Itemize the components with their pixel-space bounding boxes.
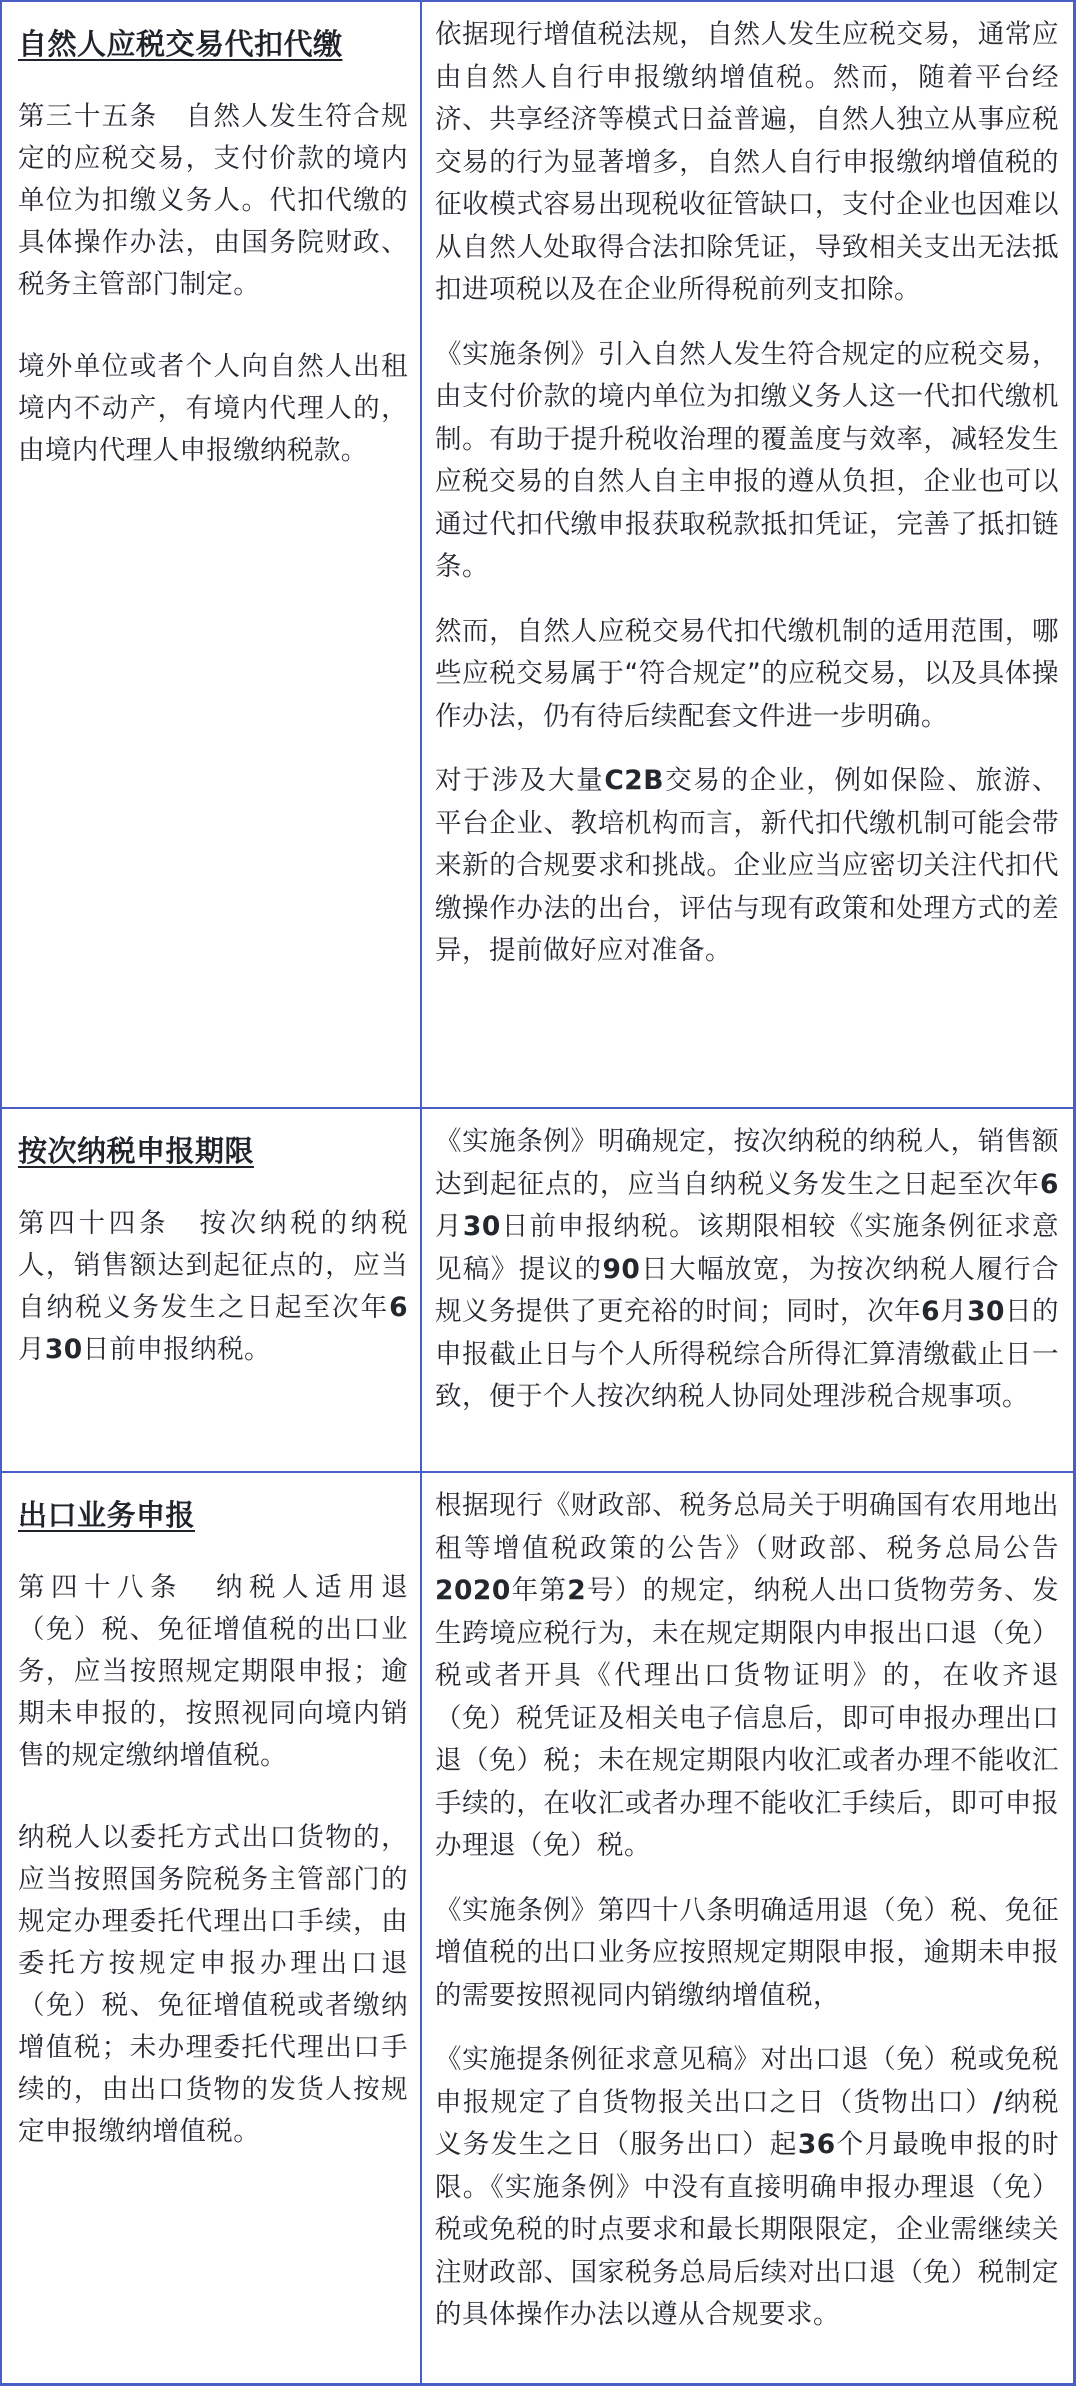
regulation-cell: 按次纳税申报期限 第四十四条 按次纳税的纳税人，销售额达到起征点的，应当自纳税义… xyxy=(2,1109,422,1471)
section-heading: 出口业务申报 xyxy=(18,1495,408,1535)
commentary-paragraph: 《实施条例》明确规定，按次纳税的纳税人，销售额达到起征点的，应当自纳税义务发生之… xyxy=(435,1121,1059,1419)
table-row-filing-deadline: 按次纳税申报期限 第四十四条 按次纳税的纳税人，销售额达到起征点的，应当自纳税义… xyxy=(2,1107,1073,1471)
commentary-paragraph: 然而，自然人应税交易代扣代缴机制的适用范围，哪些应税交易属于“符合规定”的应税交… xyxy=(435,611,1059,739)
commentary-paragraph: 依据现行增值税法规，自然人发生应税交易，通常应由自然人自行申报缴纳增值税。然而，… xyxy=(435,14,1059,312)
regulation-comparison-table: 自然人应税交易代扣代缴 第三十五条 自然人发生符合规定的应税交易，支付价款的境内… xyxy=(0,0,1076,2386)
commentary-paragraph: 对于涉及大量C2B交易的企业，例如保险、旅游、平台企业、教培机构而言，新代扣代缴… xyxy=(435,760,1059,973)
commentary-paragraph: 《实施条例》第四十八条明确适用退（免）税、免征增值税的出口业务应按照规定期限申报… xyxy=(435,1890,1059,2018)
article-text: 第四十八条 纳税人适用退（免）税、免征增值税的出口业务，应当按照规定期限申报；逾… xyxy=(18,1567,408,1777)
section-heading: 自然人应税交易代扣代缴 xyxy=(18,24,408,64)
commentary-cell: 根据现行《财政部、税务总局关于明确国有农用地出租等增值税政策的公告》（财政部、税… xyxy=(422,1473,1073,2385)
commentary-paragraph: 根据现行《财政部、税务总局关于明确国有农用地出租等增值税政策的公告》（财政部、税… xyxy=(435,1485,1059,1868)
article-text: 境外单位或者个人向自然人出租境内不动产，有境内代理人的，由境内代理人申报缴纳税款… xyxy=(18,346,408,472)
article-text: 纳税人以委托方式出口货物的，应当按照国务院税务主管部门的规定办理委托代理出口手续… xyxy=(18,1817,408,2153)
regulation-cell: 自然人应税交易代扣代缴 第三十五条 自然人发生符合规定的应税交易，支付价款的境内… xyxy=(2,2,422,1107)
regulation-cell: 出口业务申报 第四十八条 纳税人适用退（免）税、免征增值税的出口业务，应当按照规… xyxy=(2,1473,422,2385)
section-heading: 按次纳税申报期限 xyxy=(18,1131,408,1171)
article-text: 第四十四条 按次纳税的纳税人，销售额达到起征点的，应当自纳税义务发生之日起至次年… xyxy=(18,1203,408,1371)
article-text: 第三十五条 自然人发生符合规定的应税交易，支付价款的境内单位为扣缴义务人。代扣代… xyxy=(18,96,408,306)
commentary-paragraph: 《实施条例》引入自然人发生符合规定的应税交易，由支付价款的境内单位为扣缴义务人这… xyxy=(435,334,1059,589)
table-row-withholding: 自然人应税交易代扣代缴 第三十五条 自然人发生符合规定的应税交易，支付价款的境内… xyxy=(2,2,1073,1107)
commentary-cell: 依据现行增值税法规，自然人发生应税交易，通常应由自然人自行申报缴纳增值税。然而，… xyxy=(422,2,1073,1107)
commentary-paragraph: 《实施提条例征求意见稿》对出口退（免）税或免税申报规定了自货物报关出口之日（货物… xyxy=(435,2039,1059,2337)
table-row-export-filing: 出口业务申报 第四十八条 纳税人适用退（免）税、免征增值税的出口业务，应当按照规… xyxy=(2,1471,1073,2385)
commentary-cell: 《实施条例》明确规定，按次纳税的纳税人，销售额达到起征点的，应当自纳税义务发生之… xyxy=(422,1109,1073,1471)
